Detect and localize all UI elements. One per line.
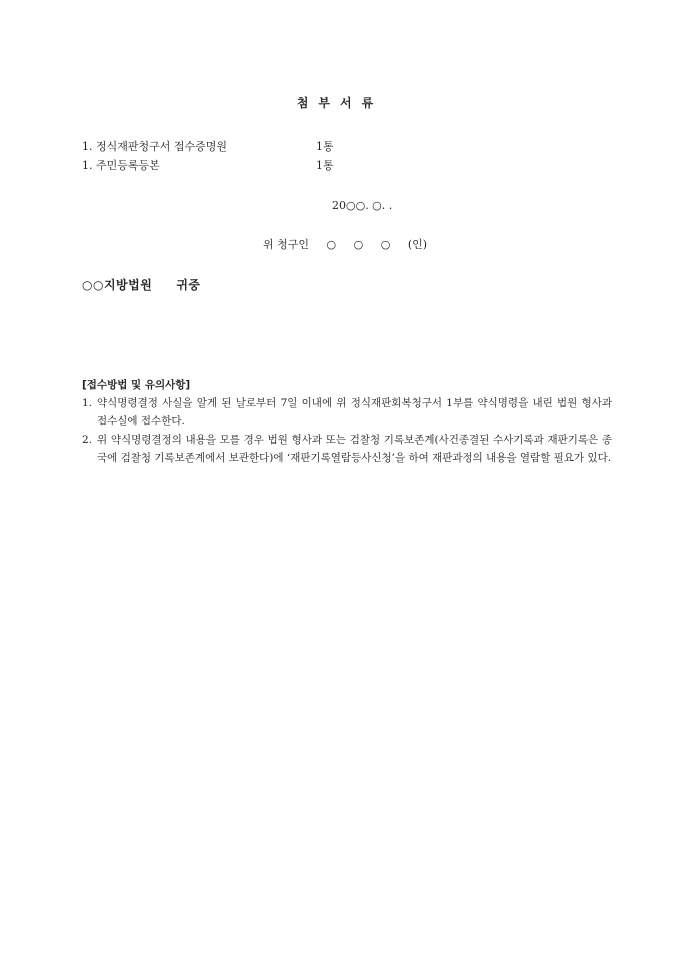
note-number: 1. [82,394,92,412]
document-title: 첨부서류 [0,94,680,111]
note-number: 2. [82,431,92,449]
note-item: 2. 위 약식명령결정의 내용을 모를 경우 법원 형사과 또는 검찰청 기록보… [82,431,612,467]
claimant-name-mark: ○ [327,238,337,251]
attachment-number: 1. [82,140,96,153]
court-name: ○○지방법원 [82,278,152,292]
note-text: 약식명령결정 사실을 알게 된 날로부터 7일 이내에 위 정식재판회복청구서 … [82,394,612,430]
seal-mark: (인) [408,238,427,251]
notes-heading: [접수방법 및 유의사항] [82,377,190,392]
claimant-label: 위 청구인 [263,238,309,251]
attachment-quantity: 1통 [316,140,334,153]
note-text: 위 약식명령결정의 내용을 모를 경우 법원 형사과 또는 검찰청 기록보존계(… [82,431,612,467]
attachment-item: 1.정식재판청구서 접수증명원1통 [82,138,334,154]
note-item: 1. 약식명령결정 사실을 알게 된 날로부터 7일 이내에 위 정식재판회복청… [82,394,612,430]
attachment-name: 정식재판청구서 접수증명원 [96,138,316,154]
filing-date: 20○○. ○. . [332,199,392,212]
claimant-name-mark: ○ [381,238,391,251]
court-suffix: 귀중 [176,278,200,292]
attachment-item: 1.주민등록등본1통 [82,157,334,173]
claimant-signature-line: 위 청구인 ○ ○ ○ (인) [263,236,441,252]
attachment-number: 1. [82,159,96,172]
attachment-quantity: 1통 [316,159,334,172]
attachment-name: 주민등록등본 [96,157,316,173]
court-addressee: ○○지방법원귀중 [82,276,201,293]
claimant-name-mark: ○ [354,238,364,251]
